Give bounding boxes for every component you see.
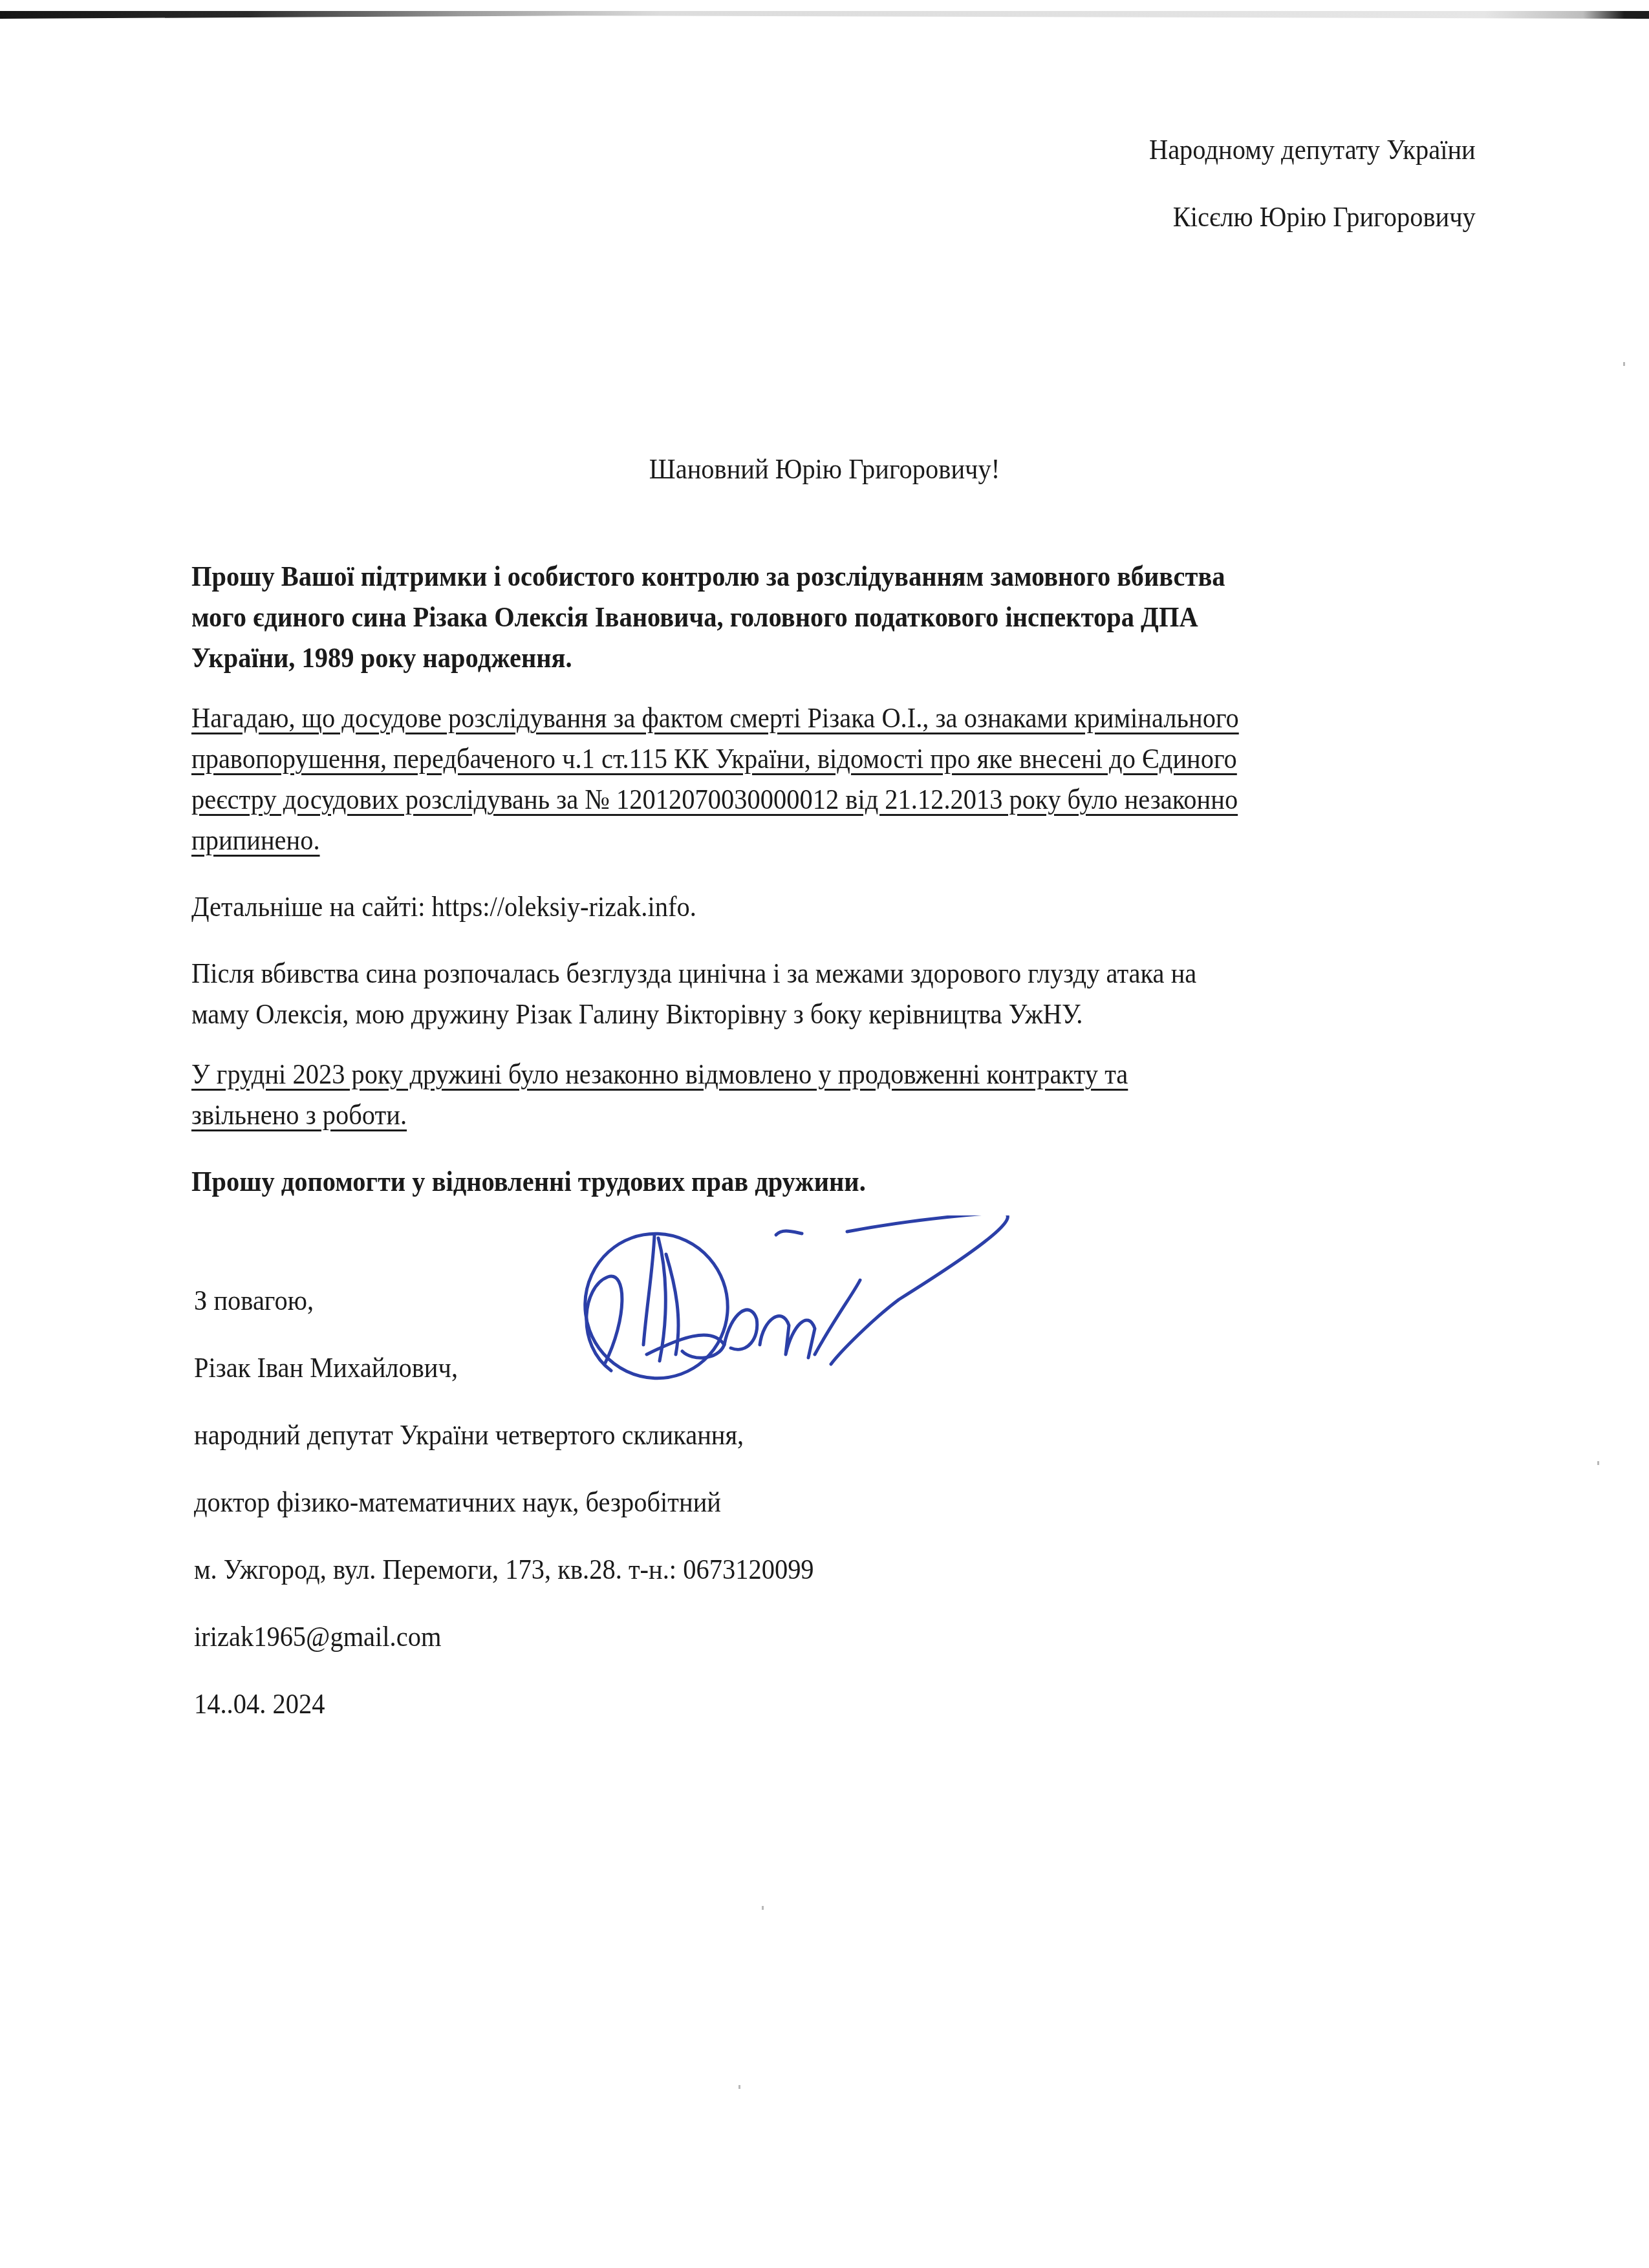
paragraph-line: Нагадаю, що досудове розслідування за фа… <box>191 698 1405 738</box>
paragraph-line: припинено. <box>191 820 1405 861</box>
paragraph-line: мого єдиного сина Різака Олексія Іванови… <box>191 597 1405 637</box>
paragraph-line: реєстру досудових розслідувань за № 1201… <box>191 779 1405 820</box>
paragraph-line: маму Олексія, мою дружину Різак Галину В… <box>191 994 1405 1034</box>
scan-edge <box>0 11 1649 19</box>
website-paragraph: Детальніше на сайті: https://oleksiy-riz… <box>191 886 1511 927</box>
letter-body: Прошу Вашої підтримки і особистого контр… <box>191 556 1511 1202</box>
paragraph-line: Прошу допомогти у відновленні трудових п… <box>191 1161 1405 1202</box>
salutation: Шановний Юрію Григоровичу! <box>66 453 1583 486</box>
signature <box>537 1215 1067 1390</box>
scan-speck <box>738 2085 740 2089</box>
sender-address: м. Ужгород, вул. Перемоги, 173, кв.28. т… <box>194 1536 814 1603</box>
paragraph-line: України, 1989 року народження. <box>191 637 1405 678</box>
reminder-paragraph: Нагадаю, що досудове розслідування за фа… <box>191 698 1511 861</box>
sender-title: народний депутат України четвертого скли… <box>194 1402 814 1469</box>
dismissal-paragraph: У грудні 2023 року дружині було незаконн… <box>191 1054 1511 1135</box>
paragraph-line: звільнено з роботи. <box>191 1095 1405 1135</box>
paragraph-line: Після вбивства сина розпочалась безглузд… <box>191 953 1405 994</box>
website-line: Детальніше на сайті: https://oleksiy-riz… <box>191 886 1405 927</box>
scan-speck <box>1623 362 1625 366</box>
final-request-paragraph: Прошу допомогти у відновленні трудових п… <box>191 1161 1511 1202</box>
scan-speck <box>762 1906 764 1910</box>
paragraph-line: У грудні 2023 року дружині було незаконн… <box>191 1054 1405 1095</box>
sender-email: irizak1965@gmail.com <box>194 1603 814 1671</box>
request-paragraph: Прошу Вашої підтримки і особистого контр… <box>191 556 1511 678</box>
paragraph-line: Прошу Вашої підтримки і особистого контр… <box>191 556 1405 597</box>
addressee-name: Кісєлю Юрію Григоровичу <box>1149 184 1476 251</box>
attack-paragraph: Після вбивства сина розпочалась безглузд… <box>191 953 1511 1034</box>
letter-date: 14..04. 2024 <box>194 1671 814 1738</box>
addressee-block: Народному депутату України Кісєлю Юрію Г… <box>1149 116 1476 251</box>
sender-degree: доктор фізико-математичних наук, безробі… <box>194 1469 814 1536</box>
scan-speck <box>1597 1461 1599 1465</box>
addressee-position: Народному депутату України <box>1149 116 1476 184</box>
paragraph-line: правопорушення, передбаченого ч.1 ст.115… <box>191 738 1405 779</box>
